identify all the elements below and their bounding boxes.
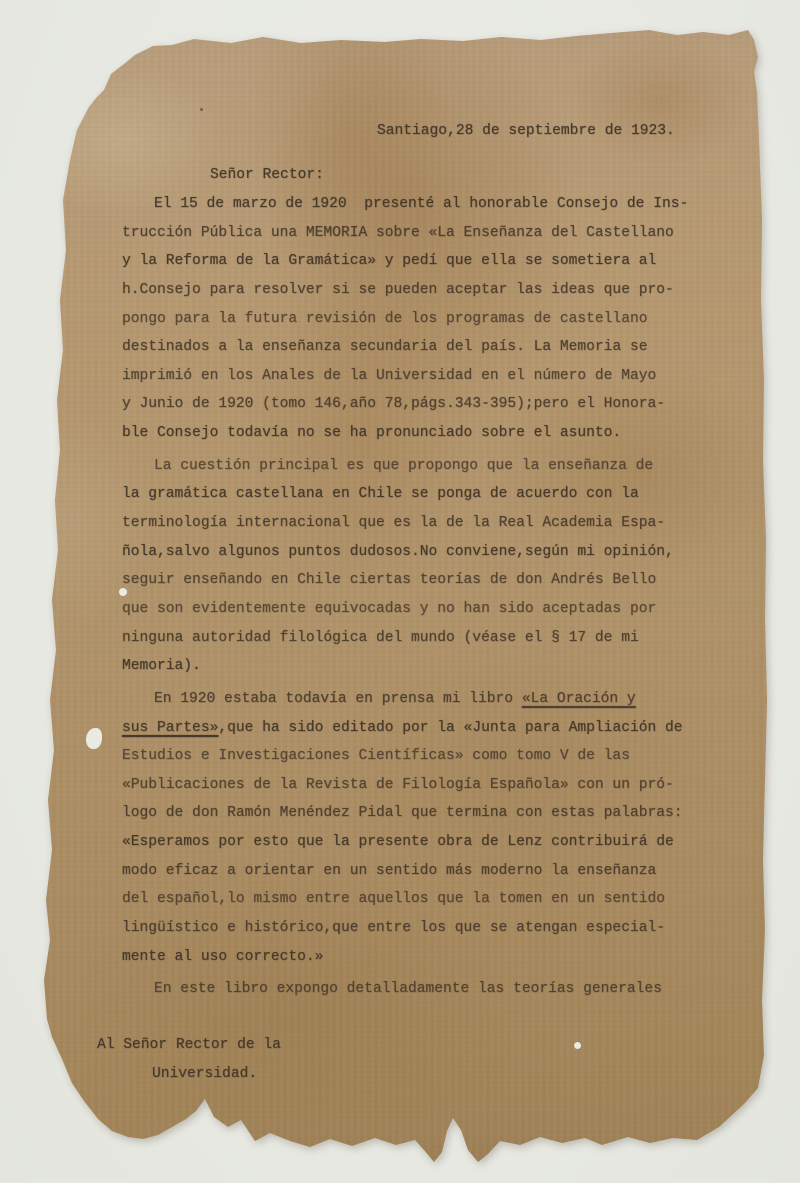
typed-line: del español,lo mismo entre aquellos que … (122, 885, 702, 914)
typed-line: «Esperamos por esto que la presente obra… (122, 828, 702, 857)
foxing-speck (200, 108, 203, 111)
typed-line: «Publicaciones de la Revista de Filologí… (122, 771, 702, 800)
typed-line: Estudios e Investigaciones Científicas» … (122, 742, 702, 771)
text-segment: logo de don Ramón Menéndez Pidal que ter… (122, 805, 683, 821)
typed-body: El 15 de marzo de 1920 presenté al honor… (122, 190, 702, 1004)
typed-line: ble Consejo todavía no se ha pronunciado… (122, 419, 702, 448)
text-segment: trucción Pública una MEMORIA sobre «La E… (122, 225, 674, 241)
text-segment: h.Consejo para resolver si se pueden ace… (122, 282, 674, 298)
text-segment: ,que ha sido editado por la «Junta para … (218, 720, 682, 736)
text-segment: que son evidentemente equivocadas y no h… (122, 601, 656, 617)
text-segment: La cuestión principal es que propongo qu… (154, 458, 653, 474)
paper-sheet: Santiago,28 de septiembre de 1923. Señor… (0, 0, 800, 1183)
typed-line: y Junio de 1920 (tomo 146,año 78,págs.34… (122, 390, 702, 419)
typed-line: pongo para la futura revisión de los pro… (122, 305, 702, 334)
paper-hole (86, 728, 102, 749)
text-segment: la gramática castellana en Chile se pong… (122, 486, 639, 502)
text-segment: En este libro expongo detalladamente las… (154, 981, 662, 997)
addressee-line: Universidad. (97, 1060, 281, 1089)
text-segment: mente al uso correcto.» (122, 949, 323, 965)
underlined-text: «La Oración y (522, 691, 636, 707)
text-segment: Estudios e Investigaciones Científicas» … (122, 748, 630, 764)
text-segment: lingüístico e histórico,que entre los qu… (122, 920, 665, 936)
text-segment: pongo para la futura revisión de los pro… (122, 311, 647, 327)
typed-addressee: Al Señor Rector de la Universidad. (97, 1031, 281, 1088)
text-segment: terminología internacional que es la de … (122, 515, 665, 531)
typed-line: ninguna autoridad filológica del mundo (… (122, 624, 702, 653)
text-segment: El 15 de marzo de 1920 presenté al honor… (154, 196, 688, 212)
typed-line: terminología internacional que es la de … (122, 509, 702, 538)
foxing-speck (64, 117, 67, 120)
typed-line: El 15 de marzo de 1920 presenté al honor… (122, 190, 702, 219)
typed-line: que son evidentemente equivocadas y no h… (122, 595, 702, 624)
paper-hole (119, 588, 127, 596)
paper-shadow-wrapper: Santiago,28 de septiembre de 1923. Señor… (0, 0, 800, 1183)
typed-line: seguir enseñando en Chile ciertas teoría… (122, 566, 702, 595)
text-segment: ñola,salvo algunos puntos dudosos.No con… (122, 544, 674, 560)
typed-line: y la Reforma de la Gramática» y pedí que… (122, 247, 702, 276)
text-segment: ninguna autoridad filológica del mundo (… (122, 630, 639, 646)
text-segment: modo eficaz a orientar en un sentido más… (122, 863, 656, 879)
typed-line: mente al uso correcto.» (122, 943, 702, 972)
typed-line: h.Consejo para resolver si se pueden ace… (122, 276, 702, 305)
text-segment: y la Reforma de la Gramática» y pedí que… (122, 253, 656, 269)
foxing-speck (53, 103, 58, 107)
typed-line: ñola,salvo algunos puntos dudosos.No con… (122, 538, 702, 567)
text-segment: seguir enseñando en Chile ciertas teoría… (122, 572, 656, 588)
addressee-line: Al Señor Rector de la (97, 1031, 281, 1060)
text-segment: imprimió en los Anales de la Universidad… (122, 368, 656, 384)
typed-line: logo de don Ramón Menéndez Pidal que ter… (122, 799, 702, 828)
typed-line: destinados a la enseñanza secundaria del… (122, 333, 702, 362)
typed-line: trucción Pública una MEMORIA sobre «La E… (122, 219, 702, 248)
text-segment: «Esperamos por esto que la presente obra… (122, 834, 674, 850)
typed-line: Memoria). (122, 652, 702, 681)
typed-line: imprimió en los Anales de la Universidad… (122, 362, 702, 391)
typed-line: sus Partes»,que ha sido editado por la «… (122, 714, 702, 743)
typed-line: la gramática castellana en Chile se pong… (122, 480, 702, 509)
paper-hole (574, 1042, 581, 1049)
text-segment: del español,lo mismo entre aquellos que … (122, 891, 665, 907)
text-segment: destinados a la enseñanza secundaria del… (122, 339, 647, 355)
typed-line: modo eficaz a orientar en un sentido más… (122, 857, 702, 886)
typed-line: lingüístico e histórico,que entre los qu… (122, 914, 702, 943)
text-segment: Memoria). (122, 658, 201, 674)
text-segment: En 1920 estaba todavía en prensa mi libr… (154, 691, 522, 707)
text-segment: «Publicaciones de la Revista de Filologí… (122, 777, 674, 793)
typed-line: En este libro expongo detalladamente las… (122, 975, 702, 1004)
typed-dateline: Santiago,28 de septiembre de 1923. (377, 117, 675, 146)
underlined-text: sus Partes» (122, 720, 218, 736)
typed-salutation: Señor Rector: (210, 161, 324, 190)
text-segment: y Junio de 1920 (tomo 146,año 78,págs.34… (122, 396, 665, 412)
text-segment: ble Consejo todavía no se ha pronunciado… (122, 425, 621, 441)
typed-line: En 1920 estaba todavía en prensa mi libr… (122, 685, 702, 714)
typed-line: La cuestión principal es que propongo qu… (122, 452, 702, 481)
scan-background: Santiago,28 de septiembre de 1923. Señor… (0, 0, 800, 1183)
